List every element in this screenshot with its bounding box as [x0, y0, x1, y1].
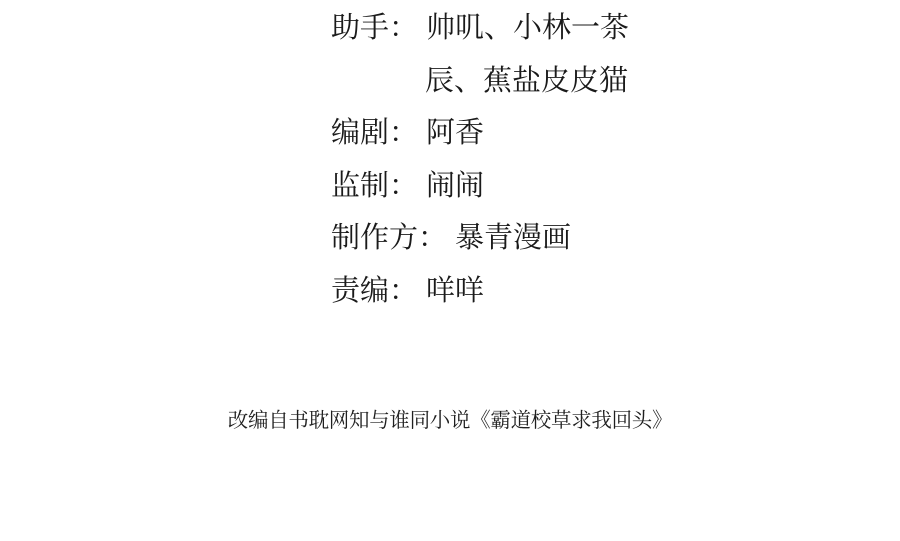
credit-row-studio: 制作方：暴青漫画	[331, 217, 691, 270]
credit-row-assistants-continued: 辰、蕉盐皮皮猫	[331, 60, 691, 113]
credit-row-editor: 责编：咩咩	[331, 270, 691, 323]
credits-list: 助手：帅叽、小林一茶 辰、蕉盐皮皮猫 编剧：阿香 监制：闹闹 制作方：暴青漫画 …	[331, 7, 691, 323]
adaptation-source-note: 改编自书耽网知与谁同小说《霸道校草求我回头》	[0, 406, 900, 434]
credit-label: 助手	[331, 7, 389, 47]
credit-separator: ：	[389, 165, 418, 205]
credit-row-assistants: 助手：帅叽、小林一茶	[331, 7, 691, 60]
credit-value: 闹闹	[426, 165, 484, 205]
credit-row-screenwriter: 编剧：阿香	[331, 112, 691, 165]
credit-separator: ：	[389, 112, 418, 152]
credit-separator: ：	[389, 7, 418, 47]
credit-separator: ：	[389, 270, 418, 310]
credit-value-continuation: 辰、蕉盐皮皮猫	[331, 60, 628, 100]
credit-separator: ：	[418, 217, 447, 257]
credit-label: 制作方	[331, 217, 418, 257]
credit-row-producer: 监制：闹闹	[331, 165, 691, 218]
credit-value: 阿香	[426, 112, 484, 152]
credit-label: 责编	[331, 270, 389, 310]
credit-value: 暴青漫画	[455, 217, 571, 257]
credit-value: 咩咩	[426, 270, 484, 310]
credit-label: 编剧	[331, 112, 389, 152]
credit-label: 监制	[331, 165, 389, 205]
credit-value: 帅叽、小林一茶	[426, 7, 629, 47]
